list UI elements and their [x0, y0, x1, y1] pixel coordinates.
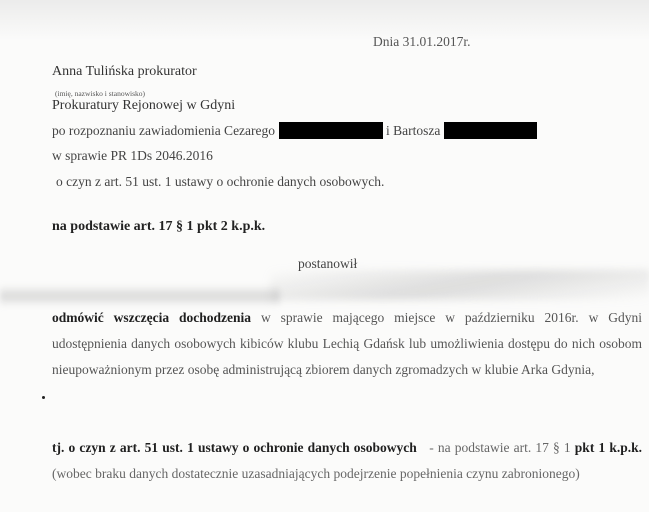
notice-line: po rozpoznaniu zawiadomienia Cezaregoi B…	[52, 122, 537, 139]
redacted-surname-2	[444, 122, 537, 139]
author-name: Anna Tulińska prokurator	[52, 64, 197, 80]
offence-line: o czyn z art. 51 ust. 1 ustawy o ochroni…	[56, 174, 384, 190]
author-caption: (imię, nazwisko i stanowisko)	[55, 89, 145, 98]
grounds-text-2: (wobec braku danych dostatecznie uzasadn…	[52, 466, 580, 481]
grounds-bold-1: tj. o czyn z art. 51 ust. 1 ustawy o och…	[52, 440, 417, 455]
grounds-text-1: - na podstawie art. 17 § 1	[417, 440, 575, 455]
decision-paragraph: odmówić wszczęcia dochodzenia w sprawie …	[52, 305, 642, 383]
document-date: Dnia 31.01.2017r.	[373, 34, 471, 50]
decision-bold: odmówić wszczęcia dochodzenia	[52, 310, 251, 325]
grounds-bold-2: pkt 1 k.p.k.	[575, 440, 642, 455]
scan-shading-right	[270, 270, 649, 300]
case-reference: w sprawie PR 1Ds 2046.2016	[52, 148, 213, 164]
notice-prefix: po rozpoznaniu zawiadomienia Cezarego	[52, 123, 275, 138]
grounds-paragraph: tj. o czyn z art. 51 ust. 1 ustawy o och…	[52, 435, 642, 487]
decision-heading: postanowił	[298, 256, 357, 272]
notice-connector: i Bartosza	[386, 123, 440, 138]
redacted-surname-1	[279, 122, 383, 139]
legal-basis: na podstawie art. 17 § 1 pkt 2 k.p.k.	[52, 219, 265, 235]
scan-shading-left	[0, 285, 280, 307]
scan-shading-top	[0, 0, 649, 40]
scan-dot-mark	[42, 396, 45, 399]
prosecutor-office: Prokuratury Rejonowej w Gdyni	[52, 98, 235, 114]
